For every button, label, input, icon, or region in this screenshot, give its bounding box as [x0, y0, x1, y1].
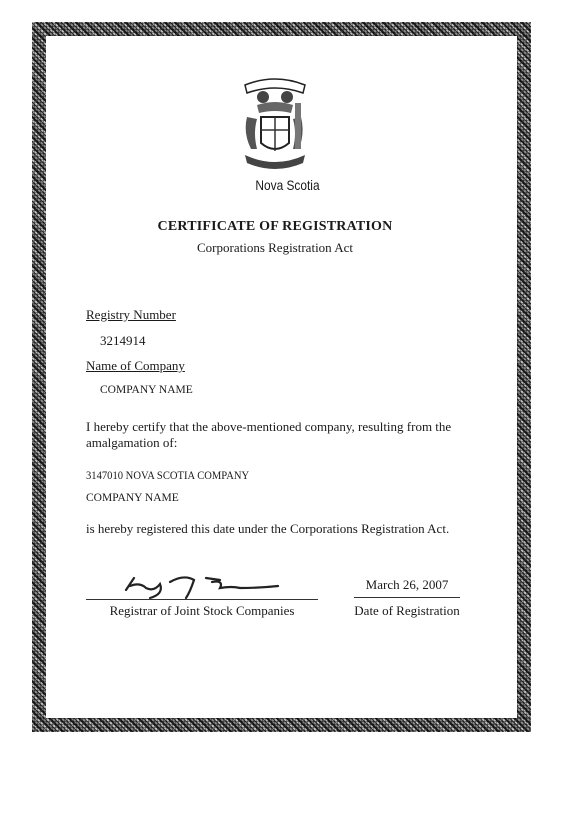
- registry-number-label: Registry Number: [86, 307, 176, 323]
- certificate-title: CERTIFICATE OF REGISTRATION: [0, 219, 550, 235]
- registrar-signature-line: [86, 599, 318, 600]
- coat-of-arms-icon: [237, 73, 313, 181]
- amalgamated-company-1: 3147010 NOVA SCOTIA COMPANY: [86, 470, 249, 482]
- date-caption: Date of Registration: [350, 603, 464, 619]
- province-name: Nova Scotia: [43, 177, 532, 193]
- amalgamated-company-2: COMPANY NAME: [86, 492, 179, 504]
- date-line: [354, 597, 460, 598]
- certify-statement: I hereby certify that the above-mentione…: [86, 419, 476, 451]
- closing-statement: is hereby registered this date under the…: [86, 521, 506, 537]
- company-name-value: COMPANY NAME: [100, 384, 193, 396]
- registrar-caption: Registrar of Joint Stock Companies: [86, 603, 318, 619]
- registry-number-value: 3214914: [100, 333, 146, 349]
- certificate-subtitle: Corporations Registration Act: [0, 240, 550, 256]
- company-name-label: Name of Company: [86, 358, 185, 374]
- registration-date: March 26, 2007: [352, 577, 462, 593]
- signature-icon: [120, 572, 280, 600]
